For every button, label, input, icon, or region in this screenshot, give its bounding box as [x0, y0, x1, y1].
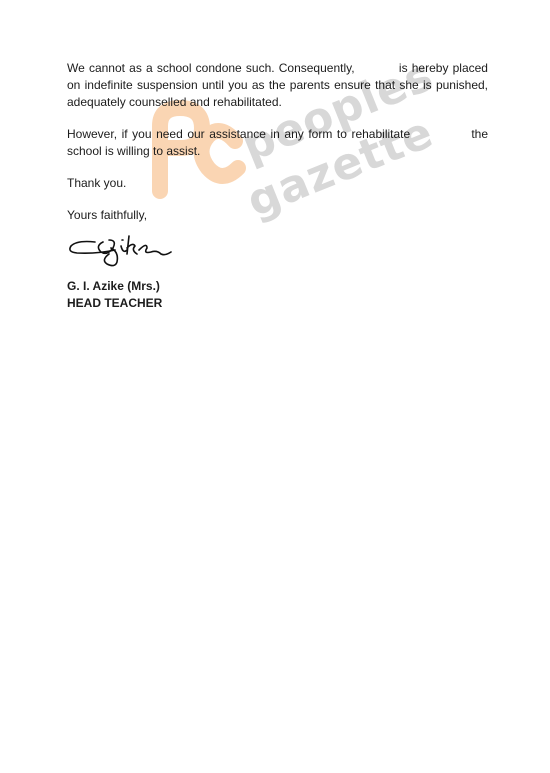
letter-page: peoples gazette We cannot as a school co…	[0, 0, 550, 773]
paragraph-suspension: We cannot as a school condone such. Cons…	[67, 60, 488, 111]
letter-body: We cannot as a school condone such. Cons…	[67, 60, 488, 312]
paragraph-assistance: However, if you need our assistance in a…	[67, 126, 488, 160]
paragraph-1-part-1: We cannot as a school condone such. Cons…	[67, 61, 355, 75]
signatory-name: G. I. Azike (Mrs.)	[67, 278, 488, 295]
signatory-title: HEAD TEACHER	[67, 295, 488, 312]
thank-you-text: Thank you.	[67, 175, 488, 192]
closing-text: Yours faithfully,	[67, 207, 488, 224]
paragraph-2-part-1: However, if you need our assistance in a…	[67, 127, 410, 141]
signature-icon	[67, 228, 177, 268]
